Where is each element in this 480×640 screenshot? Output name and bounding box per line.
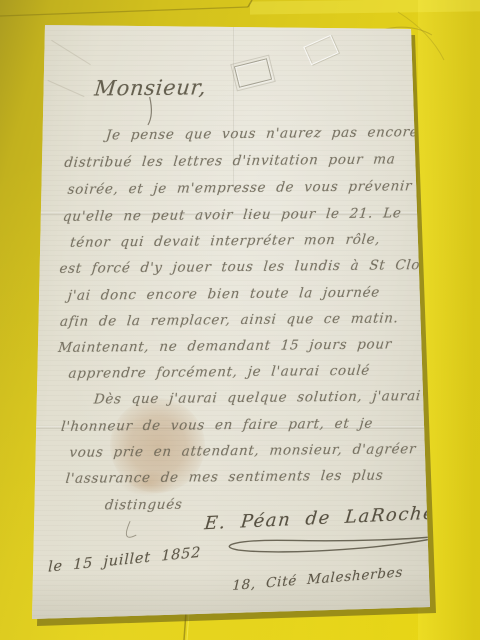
body-line: afin de la remplacer, ainsi que ce matin… [59,310,399,330]
body-line: soirée, et je m'empresse de vous préveni… [67,178,413,198]
handwriting-layer: Monsieur, Je pense que vous n'aurez pas … [0,0,480,640]
body-line: vous prie en attendant, monsieur, d'agré… [69,441,417,461]
body-line: est forcé d'y jouer tous les lundis à St… [59,257,440,277]
body-line: Maintenant, ne demandant 15 jours pour [58,336,393,356]
body-line: l'honneur de vous en faire part, et je [60,416,373,435]
closing-word: distingués [104,497,183,514]
body-line: j'ai donc encore bien toute la journée [67,285,381,304]
vertical-fold-crease [233,25,235,190]
horizontal-fold-crease-upper [36,212,424,215]
embossed-blind-stamp-faint [303,35,339,65]
corner-crease [48,80,85,97]
body-line: qu'elle ne peut avoir lieu pour le 21. L… [62,205,402,225]
embossed-blind-stamp [234,58,272,88]
body-line: ténor qui devait interpréter mon rôle, [69,232,381,251]
paper-stain [110,398,205,493]
paper-stain-small [120,470,175,496]
corner-crease [51,40,91,65]
date-line: le 15 juillet 1852 [48,545,201,576]
body-line: Dès que j'aurai quelque solution, j'aura… [93,388,422,407]
body-line: Je pense que vous n'aurez pas encore [105,124,419,143]
salutation: Monsieur, [93,75,207,100]
address-line: 18, Cité Malesherbes [232,564,404,594]
body-line: apprendre forcément, je l'aurai coulé [68,363,371,382]
body-line: distribué les lettres d'invitation pour … [64,151,397,170]
letter-paper: Monsieur, Je pense que vous n'aurez pas … [0,0,480,640]
body-line: l'assurance de mes sentiments les plus [65,467,384,486]
horizontal-fold-crease-lower [34,426,426,429]
signature-flourish [0,0,480,640]
